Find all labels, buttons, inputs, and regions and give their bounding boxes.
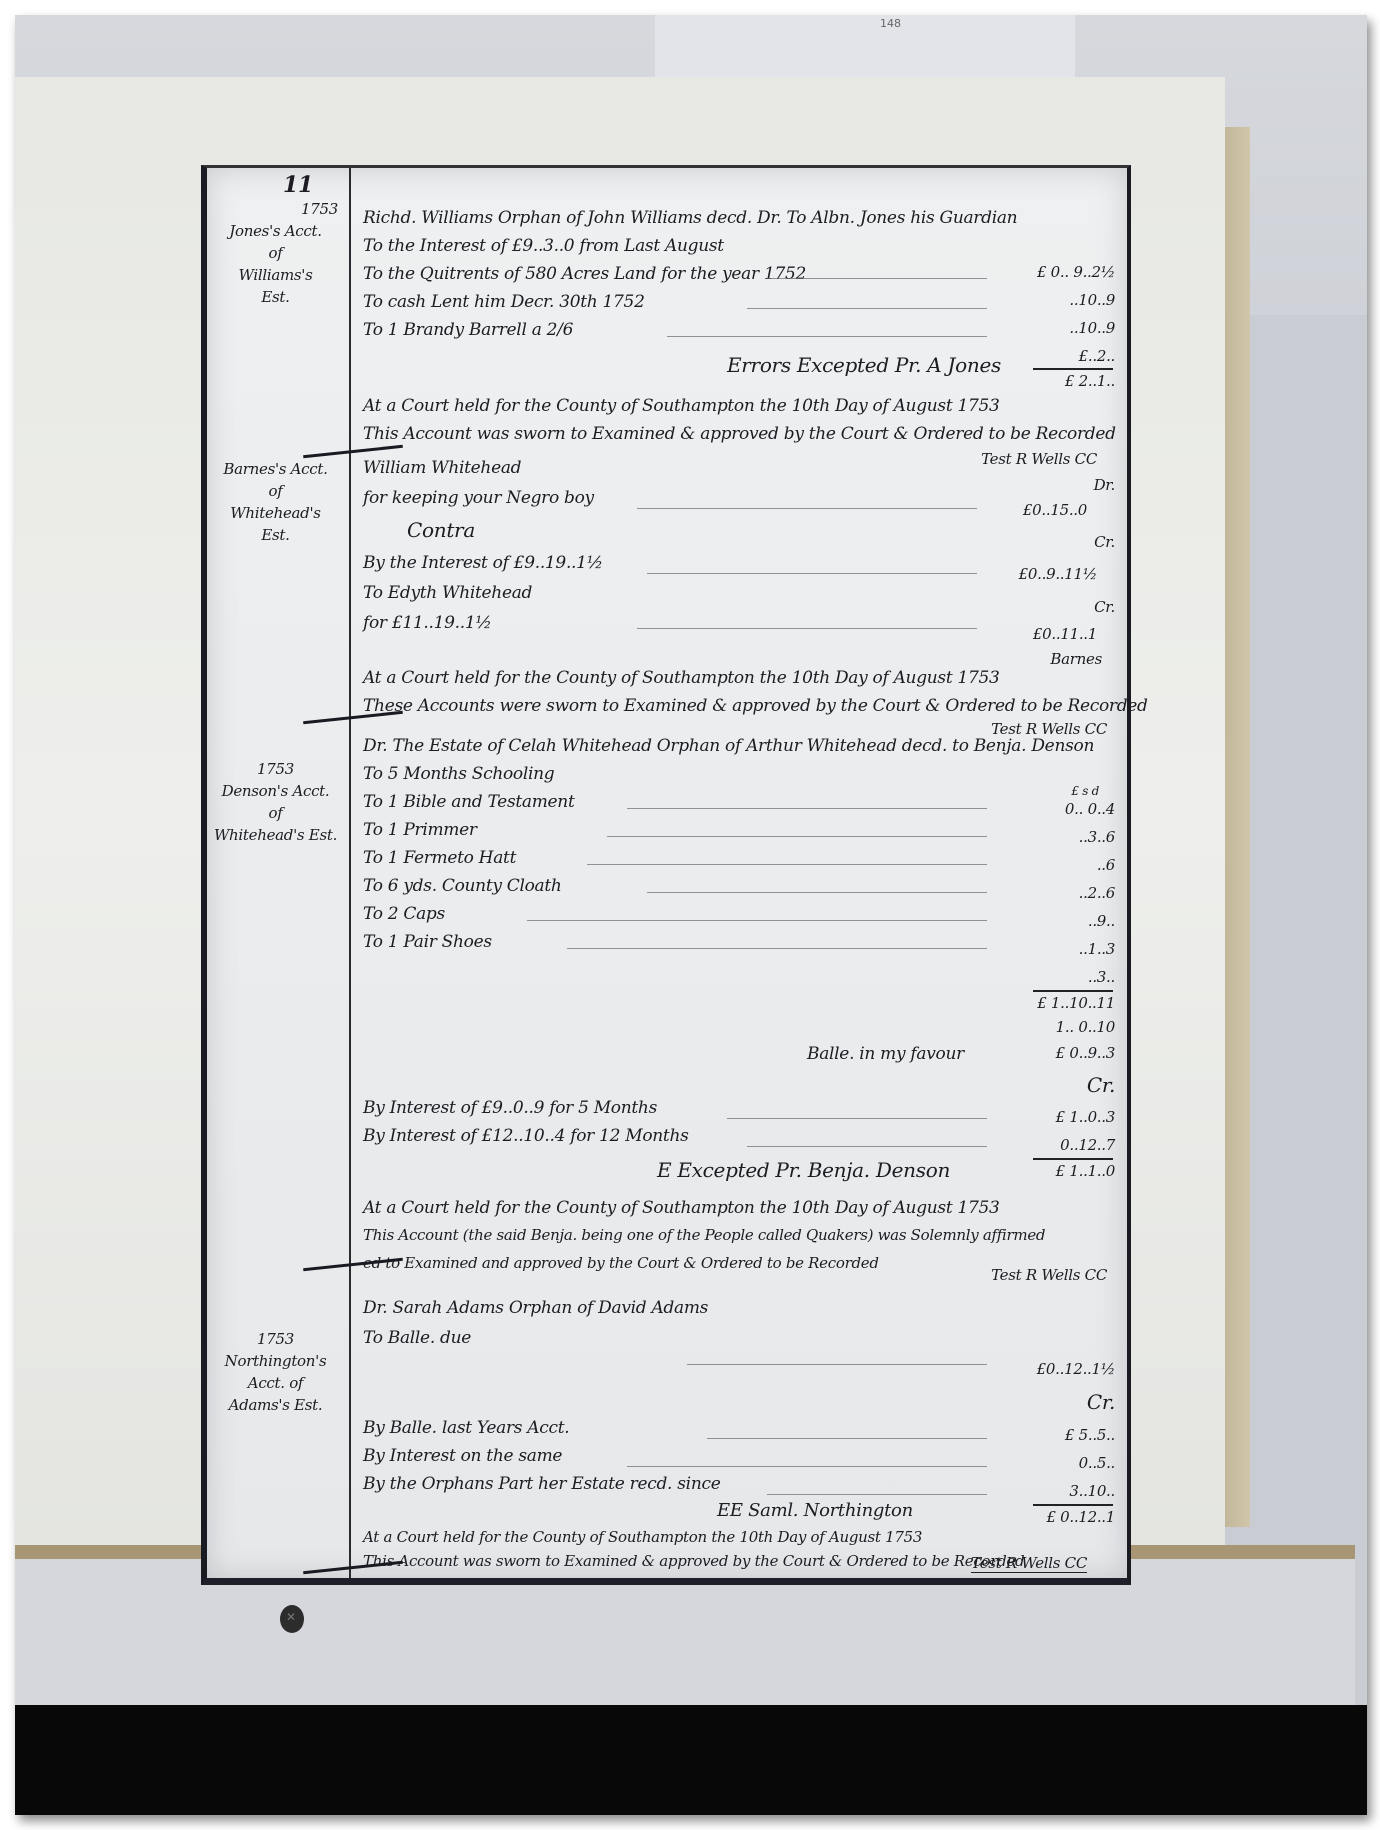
screw-icon	[280, 1605, 304, 1633]
balance-label: Balle. in my favour	[807, 1044, 964, 1064]
amount: £..2..	[1079, 347, 1115, 365]
attestation: Test R Wells CC	[971, 1554, 1087, 1573]
margin-title: Denson's Acct.	[213, 780, 338, 802]
folio-number: 11	[283, 172, 313, 198]
margin-note: Barnes's Acct. of Whitehead's Est.	[213, 458, 338, 546]
margin-year: 1753	[213, 198, 338, 220]
ledger-line: To 1 Fermeto Hatt	[363, 848, 516, 868]
ledger-line: By Interest on the same	[363, 1446, 562, 1466]
credit-label: Cr.	[1094, 533, 1115, 551]
court-line: At a Court held for the County of Southa…	[363, 1198, 1000, 1218]
amount: ..9..	[1088, 912, 1115, 930]
margin-estate: Whitehead's	[213, 502, 338, 524]
total-amount: £ 0..12..1	[1046, 1508, 1115, 1526]
ledger-line: To 6 yds. County Cloath	[363, 876, 562, 896]
ledger-line: Dr. The Estate of Celah Whitehead Orphan…	[363, 736, 1094, 756]
amount: 0.. 0..4	[1065, 800, 1115, 818]
amount: ..10..9	[1069, 291, 1115, 309]
debit-label: Dr.	[1094, 476, 1115, 494]
credit-label: Cr.	[1087, 1073, 1115, 1097]
margin-note: 1753 Jones's Acct. of Williams's Est.	[213, 198, 338, 308]
ledger-line: for £11..19..1½	[363, 613, 492, 633]
signature: EE Saml. Northington	[717, 1500, 913, 1521]
ledger-line: To 1 Bible and Testament	[363, 792, 575, 812]
subtotal: £ 1..10..11	[1037, 994, 1115, 1012]
court-line: These Accounts were sworn to Examined & …	[363, 696, 1148, 716]
margin-note: 1753 Northington's Acct. of Adams's Est.	[213, 1328, 338, 1416]
column-header: £ s d	[1071, 784, 1099, 798]
signature: Errors Excepted Pr. A Jones	[727, 353, 1001, 377]
ledger-line: Dr. Sarah Adams Orphan of David Adams	[363, 1298, 708, 1318]
ledger-line: for keeping your Negro boy	[363, 488, 594, 508]
margin-of: of	[213, 242, 338, 264]
ledger-page-facsimile: 11 1753 Jones's Acct. of Williams's Est.…	[201, 165, 1131, 1585]
ledger-line: To the Quitrents of 580 Acres Land for t…	[363, 264, 806, 284]
margin-note: 1753 Denson's Acct. of Whitehead's Est.	[213, 758, 338, 846]
ledger-line: To the Interest of £9..3..0 from Last Au…	[363, 236, 724, 256]
amount: £0..9..11½	[1019, 565, 1097, 583]
margin-estate: Williams's	[213, 264, 338, 286]
court-line: This Account was sworn to Examined & app…	[363, 424, 1116, 444]
amount: £ 5..5..	[1065, 1426, 1115, 1444]
attestation: Test R Wells CC	[981, 450, 1097, 468]
amount: 0..5..	[1079, 1454, 1115, 1472]
slip-number: 148	[880, 17, 901, 30]
amount: ..2..6	[1079, 884, 1115, 902]
ledger-line: By Interest of £9..0..9 for 5 Months	[363, 1098, 657, 1118]
amount: £0..12..1½	[1037, 1360, 1115, 1378]
margin-rule	[349, 168, 351, 1578]
ledger-line: By Interest of £12..10..4 for 12 Months	[363, 1126, 689, 1146]
ledger-line: By Balle. last Years Acct.	[363, 1418, 569, 1438]
court-line: At a Court held for the County of Southa…	[363, 668, 1000, 688]
amount: ..10..9	[1069, 319, 1115, 337]
ledger-line: To 1 Primmer	[363, 820, 477, 840]
total-amount: £ 1..1..0	[1056, 1162, 1115, 1180]
amount: 3..10..	[1069, 1482, 1115, 1500]
margin-title: Barnes's Acct.	[213, 458, 338, 480]
ledger-line: To Balle. due	[363, 1328, 471, 1348]
court-line: At a Court held for the County of Southa…	[363, 396, 1000, 416]
ledger-line: To Edyth Whitehead	[363, 583, 532, 603]
amount: ..3..6	[1079, 828, 1115, 846]
margin-est: Est.	[213, 524, 338, 546]
ledger-line: To 2 Caps	[363, 904, 445, 924]
margin-year: 1753	[213, 758, 338, 780]
ledger-line: To cash Lent him Decr. 30th 1752	[363, 292, 645, 312]
ledger-line: William Whitehead	[363, 458, 521, 478]
credit-label: Cr.	[1087, 1390, 1115, 1414]
margin-estate: Whitehead's Est.	[213, 824, 338, 846]
ledger-line: Richd. Williams Orphan of John Williams …	[363, 208, 1017, 228]
ledger-line: To 5 Months Schooling	[363, 764, 554, 784]
signature: E Excepted Pr. Benja. Denson	[657, 1158, 950, 1182]
margin-estate: Adams's Est.	[213, 1394, 338, 1416]
amount: £ 0.. 9..2½	[1037, 263, 1115, 281]
total-amount: £ 2..1..	[1065, 372, 1115, 390]
signature: Barnes	[1050, 650, 1102, 668]
contra-heading: Contra	[407, 518, 475, 542]
margin-of: Acct. of	[213, 1372, 338, 1394]
margin-title: Jones's Acct.	[213, 220, 338, 242]
margin-year: 1753	[213, 1328, 338, 1350]
amount: ..3..	[1088, 968, 1115, 986]
subtotal: 1.. 0..10	[1056, 1018, 1115, 1036]
margin-of: of	[213, 802, 338, 824]
amount: £0..11..1	[1033, 625, 1097, 643]
amount: ..6	[1097, 856, 1115, 874]
photograph: 148 11 1753 Jones's Acct. of Williams's …	[15, 15, 1367, 1815]
court-line: ed to Examined and approved by the Court…	[363, 1254, 879, 1272]
ledger-line: By the Interest of £9..19..1½	[363, 553, 603, 573]
ledger-line: By the Orphans Part her Estate recd. sin…	[363, 1474, 720, 1494]
court-line: This Account (the said Benja. being one …	[363, 1226, 1045, 1244]
dark-floor	[15, 1705, 1367, 1815]
attestation: Test R Wells CC	[991, 1266, 1107, 1284]
credit-label: Cr.	[1094, 598, 1115, 616]
court-line: At a Court held for the County of Southa…	[363, 1528, 922, 1546]
amount: £ 1..0..3	[1056, 1108, 1115, 1126]
court-line: This Account was sworn to Examined & app…	[363, 1552, 1024, 1570]
ledger-line: To 1 Pair Shoes	[363, 932, 492, 952]
balance-amount: £ 0..9..3	[1056, 1044, 1115, 1062]
margin-of: of	[213, 480, 338, 502]
margin-est: Est.	[213, 286, 338, 308]
amount: ..1..3	[1079, 940, 1115, 958]
amount: £0..15..0	[1023, 501, 1087, 519]
margin-title: Northington's	[213, 1350, 338, 1372]
amount: 0..12..7	[1060, 1136, 1115, 1154]
ledger-line: To 1 Brandy Barrell a 2/6	[363, 320, 573, 340]
